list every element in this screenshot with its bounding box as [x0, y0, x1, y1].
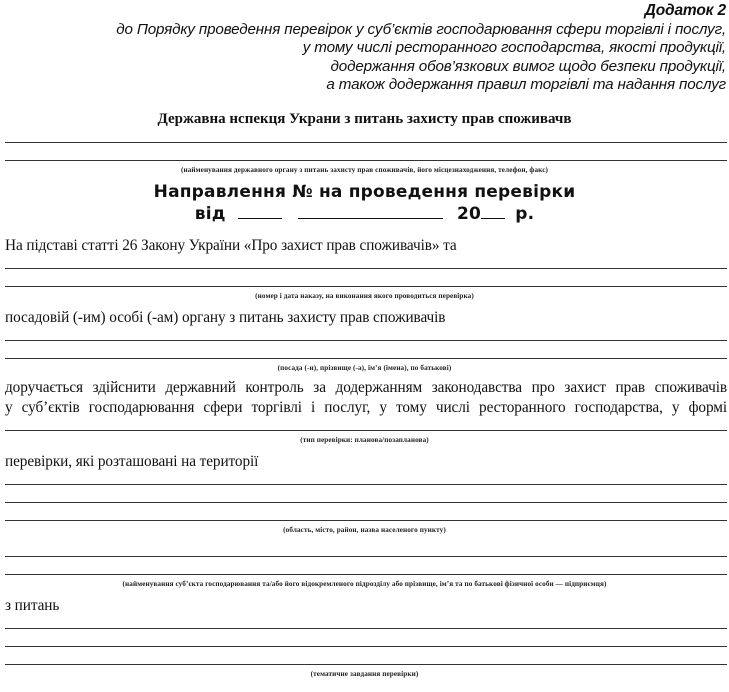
appendix-line: додержання обов’язкових вимог щодо безпе…: [116, 58, 726, 77]
date-month-field[interactable]: [298, 217, 443, 219]
official-text: посадовій (-им) особі (-ам) органу з пит…: [5, 308, 445, 328]
territory-field-line[interactable]: [5, 520, 727, 521]
order-field-line[interactable]: [5, 268, 727, 269]
entity-caption: (найменування суб’єкта господарювання та…: [0, 580, 729, 588]
document-date-line: від 20 р.: [0, 204, 729, 225]
territory-text: перевірки, які розташовані на території: [5, 452, 258, 472]
year-suffix: р.: [515, 204, 534, 224]
official-field-line[interactable]: [5, 358, 727, 359]
organization-field-line[interactable]: [5, 142, 727, 143]
topics-field-line[interactable]: [5, 646, 727, 647]
appendix-line: а також додержання правил торгівлі та на…: [116, 76, 726, 95]
date-year-field[interactable]: [481, 217, 505, 219]
year-prefix: 20: [457, 204, 481, 224]
basis-text: На підставі статті 26 Закону України «Пр…: [5, 236, 457, 256]
order-field-line[interactable]: [5, 286, 727, 287]
appendix-line: до Порядку проведення перевірок у суб’єк…: [116, 21, 726, 40]
assignment-line-1: доручається здійснити державний контроль…: [5, 378, 727, 398]
organization-caption: (найменування державного органу з питань…: [0, 166, 729, 174]
document-title: Направлення № на проведення перевірки: [0, 182, 729, 203]
inspection-type-caption: (тип перевірки: планова/позапланова): [0, 436, 729, 444]
date-day-field[interactable]: [238, 217, 282, 219]
topics-text: з питань: [5, 596, 59, 616]
topics-caption: (тематичне завдання перевірки): [0, 670, 729, 678]
topics-field-line[interactable]: [5, 628, 727, 629]
territory-caption: (область, місто, район, назва населеного…: [0, 526, 729, 534]
entity-field-line[interactable]: [5, 556, 727, 557]
inspection-type-field-line[interactable]: [5, 430, 727, 431]
territory-field-line[interactable]: [5, 502, 727, 503]
organization-name: Державна нспекця Украни з питань захисту…: [0, 111, 729, 128]
appendix-title: Додаток 2: [116, 2, 726, 21]
appendix-line: у тому числі ресторанного господарства, …: [116, 39, 726, 58]
date-prefix: від: [195, 204, 226, 224]
order-caption: (номер і дата наказу, на виконання якого…: [0, 292, 729, 300]
assignment-line-2: у суб’єктів господарювання сфери торгівл…: [5, 398, 727, 418]
official-field-line[interactable]: [5, 340, 727, 341]
organization-field-line[interactable]: [5, 160, 727, 161]
entity-field-line[interactable]: [5, 574, 727, 575]
topics-field-line[interactable]: [5, 664, 727, 665]
territory-field-line[interactable]: [5, 484, 727, 485]
official-caption: (посада (-и), прізвище (-а), ім’я (імена…: [0, 364, 729, 372]
appendix-header: Додаток 2 до Порядку проведення перевіро…: [116, 2, 726, 95]
